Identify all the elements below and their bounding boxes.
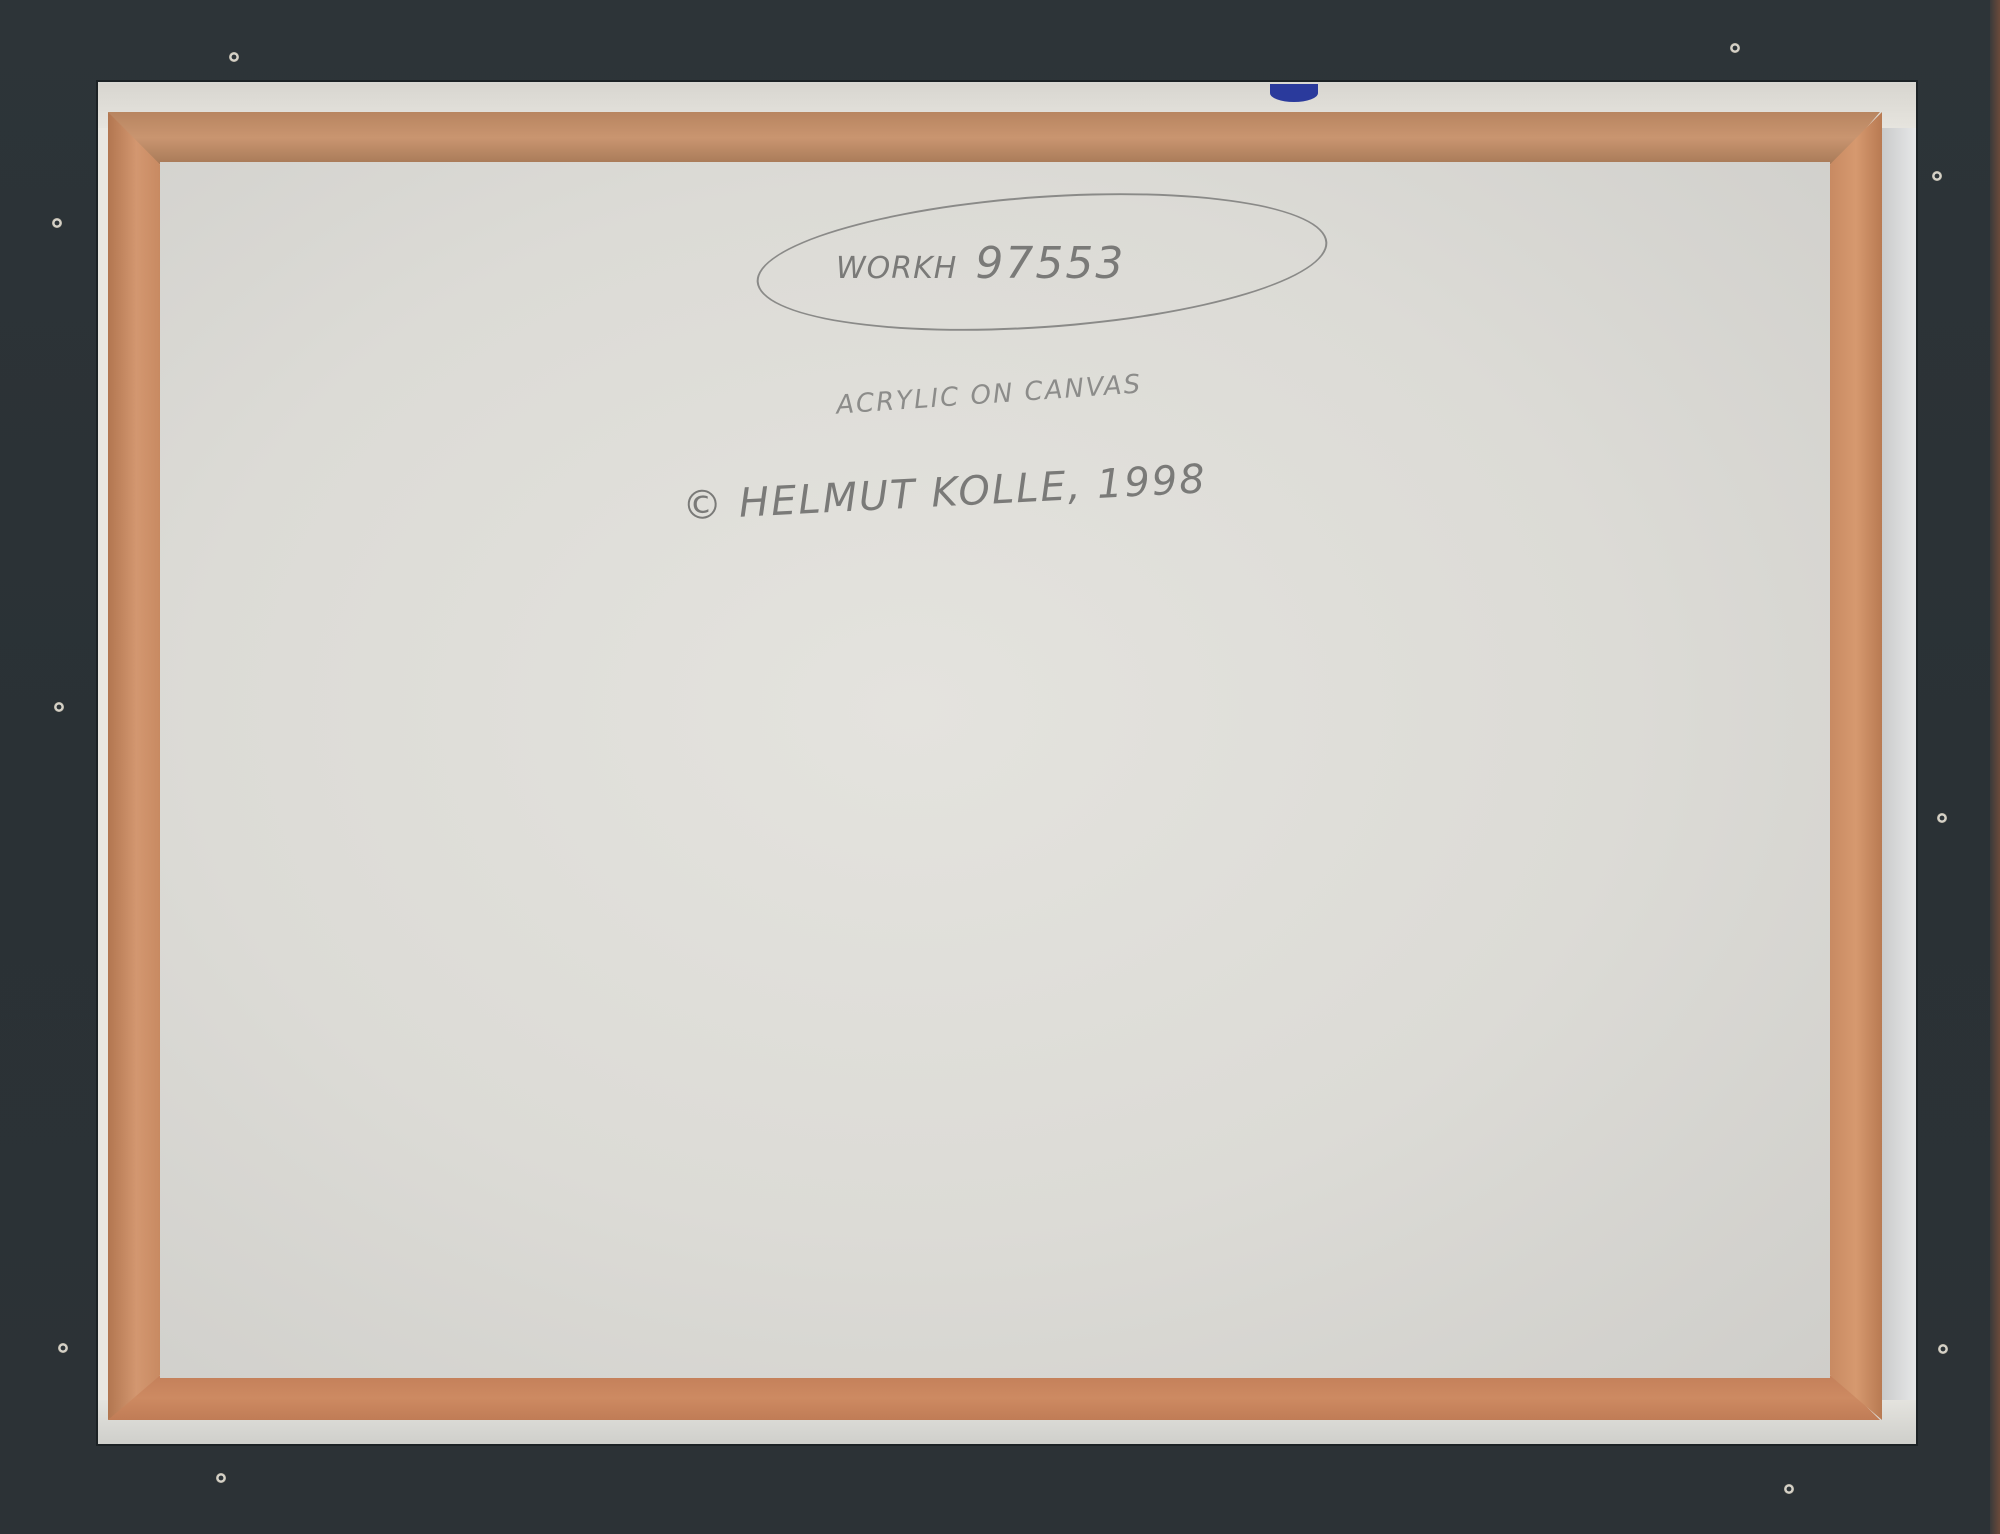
- screw-icon: [1937, 813, 1947, 823]
- canvas-back: [160, 162, 1830, 1378]
- stretcher-bar-bottom: [108, 1376, 1880, 1420]
- canvas-edge-left: [98, 128, 108, 1400]
- inventory-label: WORKH: [836, 251, 957, 286]
- stretcher-bar-left: [108, 112, 160, 1420]
- artwork-back-photo: WORKH97553 ACRYLIC ON CANVAS © HELMUT KO…: [0, 0, 2000, 1534]
- screw-icon: [52, 218, 62, 228]
- screw-icon: [1932, 171, 1942, 181]
- screw-icon: [54, 702, 64, 712]
- stretcher-bar-top: [108, 112, 1880, 164]
- blue-paint-mark: [1270, 84, 1318, 102]
- screw-icon: [1784, 1484, 1794, 1494]
- screw-icon: [216, 1473, 226, 1483]
- stretcher-bar-right: [1830, 112, 1882, 1420]
- screw-icon: [58, 1343, 68, 1353]
- inventory-value: 97553: [975, 238, 1125, 289]
- screw-icon: [1730, 43, 1740, 53]
- screw-icon: [1938, 1344, 1948, 1354]
- screw-icon: [229, 52, 239, 62]
- canvas-edge-right: [1880, 128, 1916, 1400]
- inventory-number: WORKH97553: [836, 238, 1125, 289]
